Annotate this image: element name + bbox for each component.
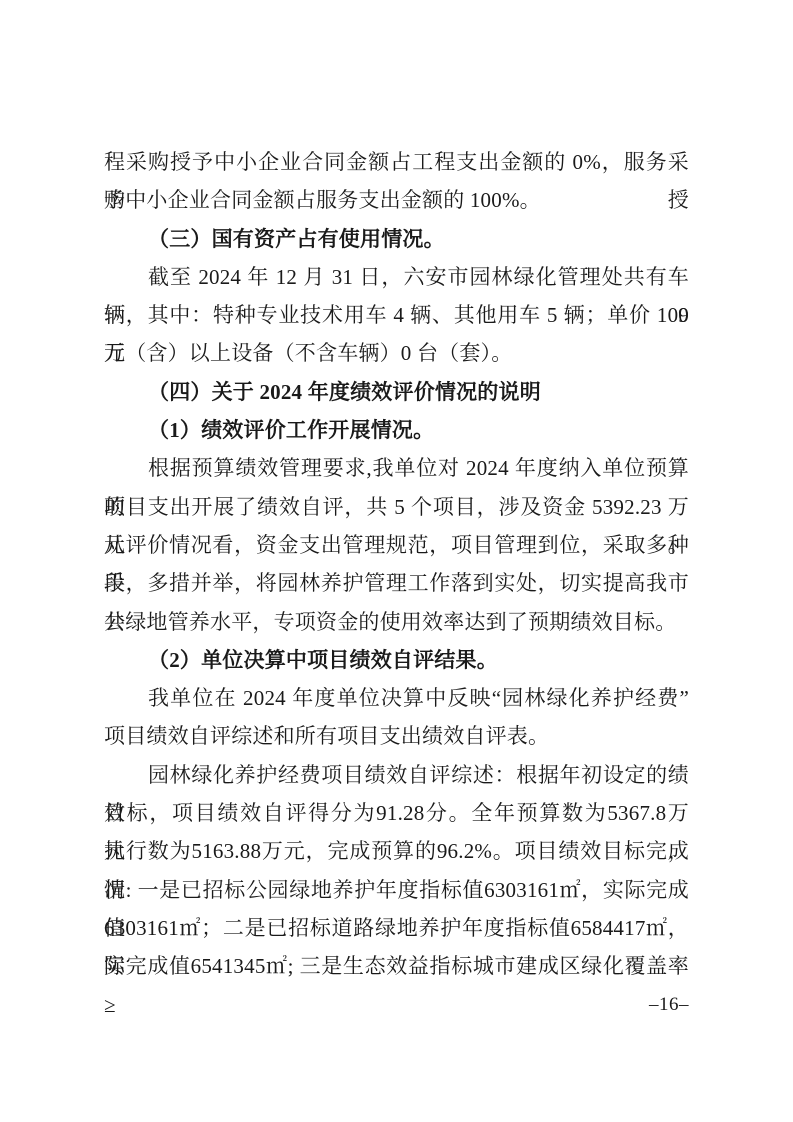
section-heading: （四）关于 2024 年度绩效评价情况的说明 (104, 373, 689, 411)
text-line: 从评价情况看，资金支出管理规范，项目管理到位，采取多种手 (104, 526, 689, 564)
text-line: 程采购授予中小企业合同金额占工程支出金额的 0%，服务采购授 (104, 143, 689, 181)
text-line: 元（含）以上设备（不含车辆）0 台（套）。 (104, 334, 689, 372)
subsection-heading: （2）单位决算中项目绩效自评结果。 (104, 641, 689, 679)
text-line: 执行数为5163.88万元，完成预算的96.2%。项目绩效目标完成情 (104, 832, 689, 870)
text-line: 我单位在 2024 年度单位决算中反映“园林绿化养护经费” (104, 679, 689, 717)
subsection-heading: （1）绩效评价工作开展情况。 (104, 411, 689, 449)
text-line: 际完成值6541345㎡; 三是生态效益指标城市建成区绿化覆盖率≥ (104, 947, 689, 985)
text-line: 6303161㎡；二是已招标道路绿地养护年度指标值6584417㎡，实 (104, 909, 689, 947)
text-line: 根据预算绩效管理要求,我单位对 2024 年度纳入单位预算的 (104, 449, 689, 487)
text-line: 截至 2024 年 12 月 31 日，六安市园林绿化管理处共有车辆 9 (104, 258, 689, 296)
page-number: –16– (104, 994, 689, 1016)
text-line: 项目绩效自评综述和所有项目支出绩效自评表。 (104, 717, 689, 755)
document-page: 程采购授予中小企业合同金额占工程支出金额的 0%，服务采购授 予中小企业合同金额… (0, 0, 793, 1122)
document-body: 程采购授予中小企业合同金额占工程支出金额的 0%，服务采购授 予中小企业合同金额… (104, 143, 689, 986)
text-line: 辆，其中：特种专业技术用车 4 辆、其他用车 5 辆；单价 100 万 (104, 296, 689, 334)
section-heading: （三）国有资产占有使用情况。 (104, 220, 689, 258)
text-line: 况: 一是已招标公园绿地养护年度指标值6303161㎡，实际完成值 (104, 871, 689, 909)
text-line: 园林绿化养护经费项目绩效自评综述：根据年初设定的绩效 (104, 756, 689, 794)
text-line: 共绿地管养水平，专项资金的使用效率达到了预期绩效目标。 (104, 603, 689, 641)
text-line: 段，多措并举，将园林养护管理工作落到实处，切实提高我市公 (104, 564, 689, 602)
text-line: 项目支出开展了绩效自评，共 5 个项目，涉及资金 5392.23 万元。 (104, 488, 689, 526)
text-line: 目标，项目绩效自评得分为91.28分。全年预算数为5367.8万元， (104, 794, 689, 832)
